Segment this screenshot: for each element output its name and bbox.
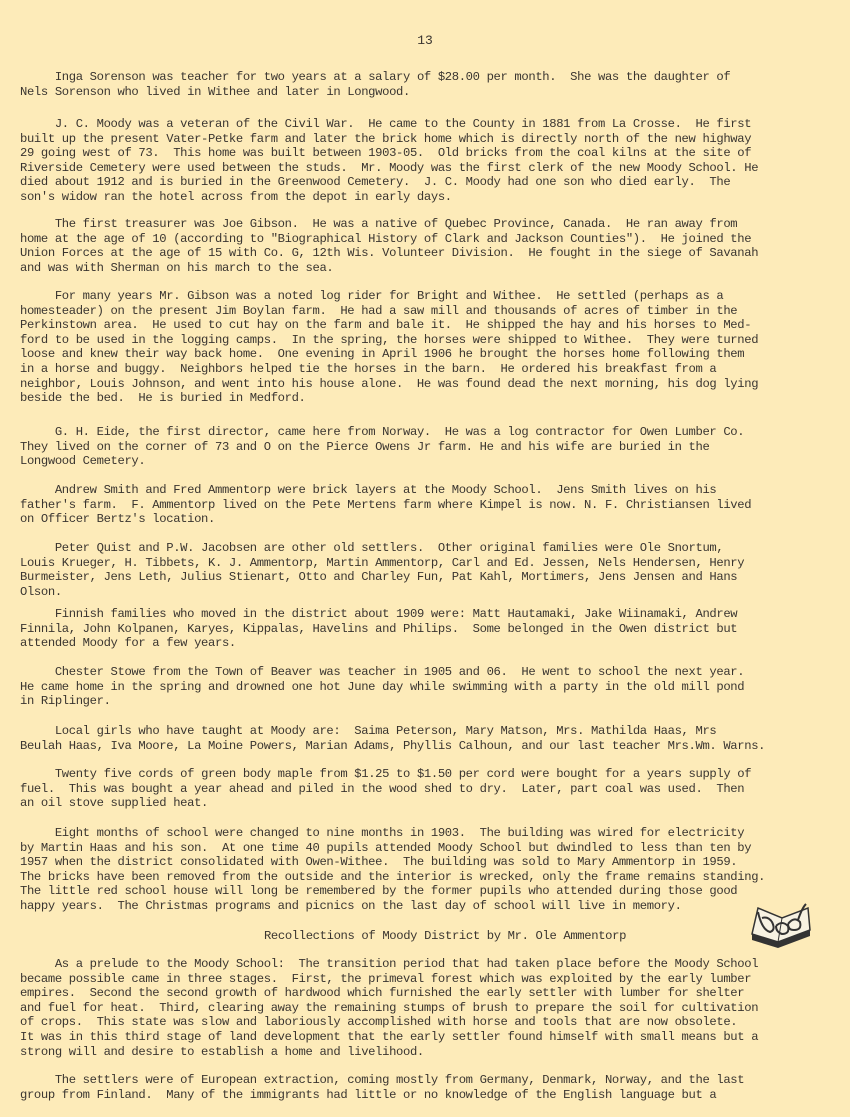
page-number: 13 <box>0 34 850 49</box>
paragraph-gh-eide: G. H. Eide, the first director, came her… <box>20 425 810 469</box>
paragraph-old-settlers: Peter Quist and P.W. Jacobsen are other … <box>20 541 810 599</box>
paragraph-gibson-log-rider: For many years Mr. Gibson was a noted lo… <box>20 289 810 406</box>
section-heading: Recollections of Moody District by Mr. O… <box>0 929 850 944</box>
paragraph-fuel: Twenty five cords of green body maple fr… <box>20 767 810 811</box>
paragraph-settlers: The settlers were of European extraction… <box>20 1073 810 1102</box>
paragraph-school-history: Eight months of school were changed to n… <box>20 826 810 914</box>
paragraph-brick-layers: Andrew Smith and Fred Ammentorp were bri… <box>20 483 810 527</box>
paragraph-prelude: As a prelude to the Moody School: The tr… <box>20 957 810 1059</box>
paragraph-inga-sorenson: Inga Sorenson was teacher for two years … <box>20 70 810 99</box>
paragraph-jc-moody: J. C. Moody was a veteran of the Civil W… <box>20 117 810 205</box>
paragraph-chester-stowe: Chester Stowe from the Town of Beaver wa… <box>20 665 810 709</box>
paragraph-local-teachers: Local girls who have taught at Moody are… <box>20 724 810 753</box>
book-with-eyeglasses-icon <box>748 900 814 952</box>
paragraph-joe-gibson: The first treasurer was Joe Gibson. He w… <box>20 217 810 275</box>
paragraph-finnish-families: Finnish families who moved in the distri… <box>20 607 810 651</box>
